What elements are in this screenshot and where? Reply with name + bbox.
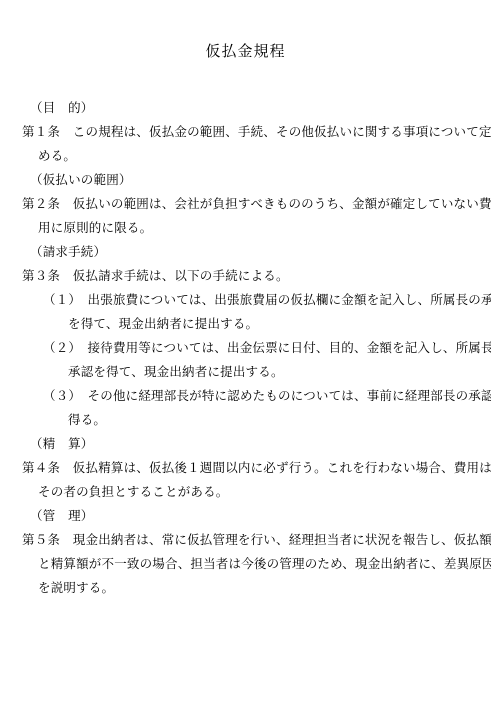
document-line: （３） その他に経理部長が特に認めたものについては、事前に経理部長の承認を <box>0 384 491 408</box>
document-line: 第４条 仮払精算は、仮払後１週間以内に必ず行う。これを行わない場合、費用は <box>0 456 491 480</box>
document-line: （２） 接待費用等については、出金伝票に日付、目的、金額を記入し、所属長の <box>0 336 491 360</box>
document-line: （仮払いの範囲） <box>0 168 491 192</box>
document-line: める。 <box>0 144 491 168</box>
document-line: 第５条 現金出納者は、常に仮払管理を行い、経理担当者に状況を報告し、仮払額 <box>0 528 491 552</box>
document-line: 第２条 仮払いの範囲は、会社が負担すべきもののうち、金額が確定していない費 <box>0 192 491 216</box>
document-page: 仮払金規程 （目 的）第１条 この規程は、仮払金の範囲、手続、その他仮払いに関す… <box>0 0 491 725</box>
document-line: （請求手続） <box>0 240 491 264</box>
document-line: 得る。 <box>0 408 491 432</box>
document-title: 仮払金規程 <box>0 42 491 62</box>
document-line: 第１条 この規程は、仮払金の範囲、手続、その他仮払いに関する事項について定 <box>0 120 491 144</box>
document-line: 承認を得て、現金出納者に提出する。 <box>0 360 491 384</box>
document-line: 用に原則的に限る。 <box>0 216 491 240</box>
document-line: （管 理） <box>0 504 491 528</box>
document-line: を説明する。 <box>0 576 491 600</box>
document-body: （目 的）第１条 この規程は、仮払金の範囲、手続、その他仮払いに関する事項につい… <box>0 96 491 600</box>
document-line: その者の負担とすることがある。 <box>0 480 491 504</box>
document-line: （精 算） <box>0 432 491 456</box>
document-line: 第３条 仮払請求手続は、以下の手続による。 <box>0 264 491 288</box>
document-line: （目 的） <box>0 96 491 120</box>
document-line: と精算額が不一致の場合、担当者は今後の管理のため、現金出納者に、差異原因 <box>0 552 491 576</box>
document-line: （１） 出張旅費については、出張旅費届の仮払欄に金額を記入し、所属長の承認 <box>0 288 491 312</box>
document-line: を得て、現金出納者に提出する。 <box>0 312 491 336</box>
